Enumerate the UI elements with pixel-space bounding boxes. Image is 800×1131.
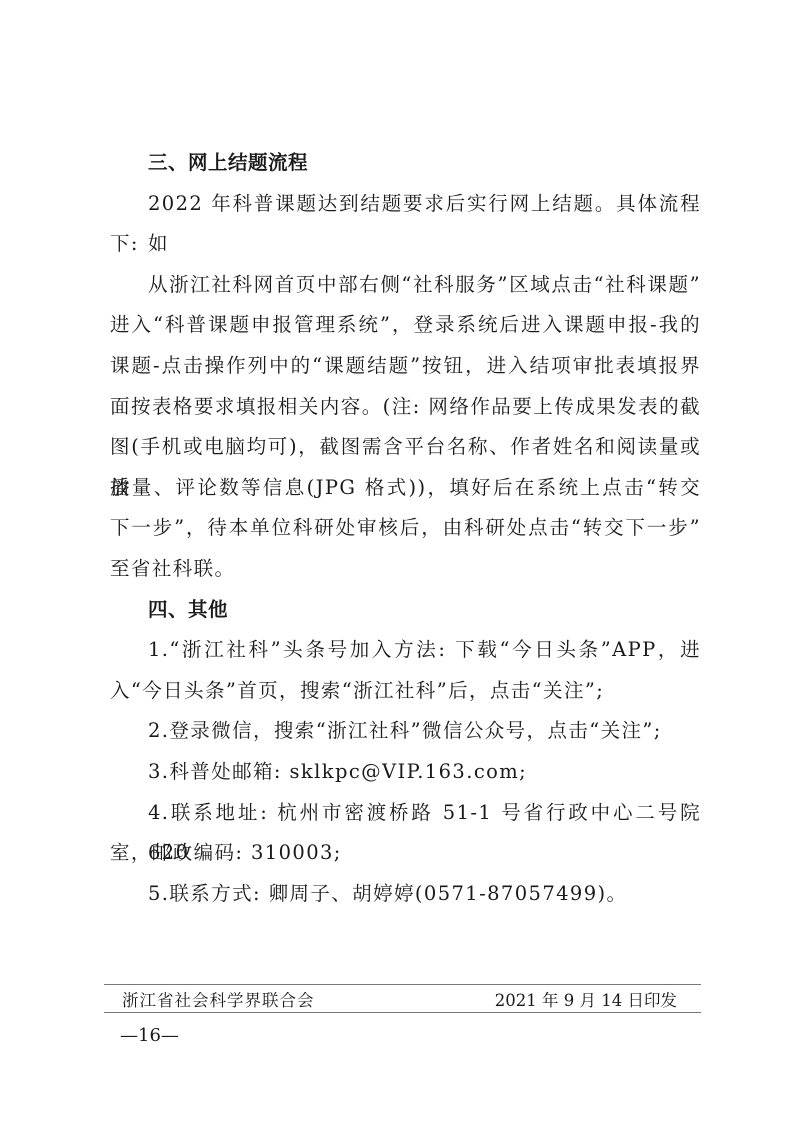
list-item-toutiao: 1.“浙江社科”头条号加入方法: 下载“今日头条”APP，进 xyxy=(110,630,701,671)
list-item-address-cont: 室，邮政编码: 310003; xyxy=(110,833,701,874)
paragraph-line: 图(手机或电脑均可)，截图需含平台名称、作者姓名和阅读量或播 xyxy=(110,427,701,468)
list-item-email: 3.科普处邮箱: sklkpc@VIP.163.com; xyxy=(110,752,701,793)
paragraph-line: 下: xyxy=(110,224,701,265)
paragraph-line: 课题-点击操作列中的“课题结题”按钮，进入结项审批表填报界 xyxy=(110,346,701,387)
list-item-wechat: 2.登录微信，搜索“浙江社科”微信公众号，点击“关注”; xyxy=(110,711,701,752)
paragraph-line: 面按表格要求填报相关内容。(注: 网络作品要上传成果发表的截 xyxy=(110,387,701,428)
paragraph-line: 下一步”，待本单位科研处审核后，由科研处点击“转交下一步” xyxy=(110,508,701,549)
list-item-contact: 5.联系方式: 卿周子、胡婷婷(0571-87057499)。 xyxy=(110,874,701,915)
paragraph-line: 放量、评论数等信息(JPG 格式))，填好后在系统上点击“转交 xyxy=(110,468,701,509)
issue-date: 2021 年 9 月 14 日印发 xyxy=(495,987,677,1011)
paragraph-line: 从浙江社科网首页中部右侧“社科服务”区域点击“社科课题” xyxy=(110,265,701,306)
issuance-footer: 浙江省社会科学界联合会 2021 年 9 月 14 日印发 xyxy=(104,984,701,1013)
issuer-name: 浙江省社会科学界联合会 xyxy=(122,987,315,1011)
section-heading-online-completion: 三、网上结题流程 xyxy=(110,143,701,184)
section-heading-other: 四、其他 xyxy=(110,590,701,631)
page-content: 三、网上结题流程 2022 年科普课题达到结题要求后实行网上结题。具体流程如 下… xyxy=(110,143,701,914)
list-item-address: 4.联系地址: 杭州市密渡桥路 51-1 号省行政中心二号院 620 xyxy=(110,793,701,834)
document-page: 三、网上结题流程 2022 年科普课题达到结题要求后实行网上结题。具体流程如 下… xyxy=(0,0,800,1131)
paragraph-line: 2022 年科普课题达到结题要求后实行网上结题。具体流程如 xyxy=(110,184,701,225)
list-item-toutiao-cont: 入“今日头条”首页，搜索“浙江社科”后，点击“关注”; xyxy=(110,671,701,712)
paragraph-line: 至省社科联。 xyxy=(110,549,701,590)
page-number: —16— xyxy=(120,1025,179,1046)
paragraph-line: 进入“科普课题申报管理系统”，登录系统后进入课题申报-我的 xyxy=(110,305,701,346)
